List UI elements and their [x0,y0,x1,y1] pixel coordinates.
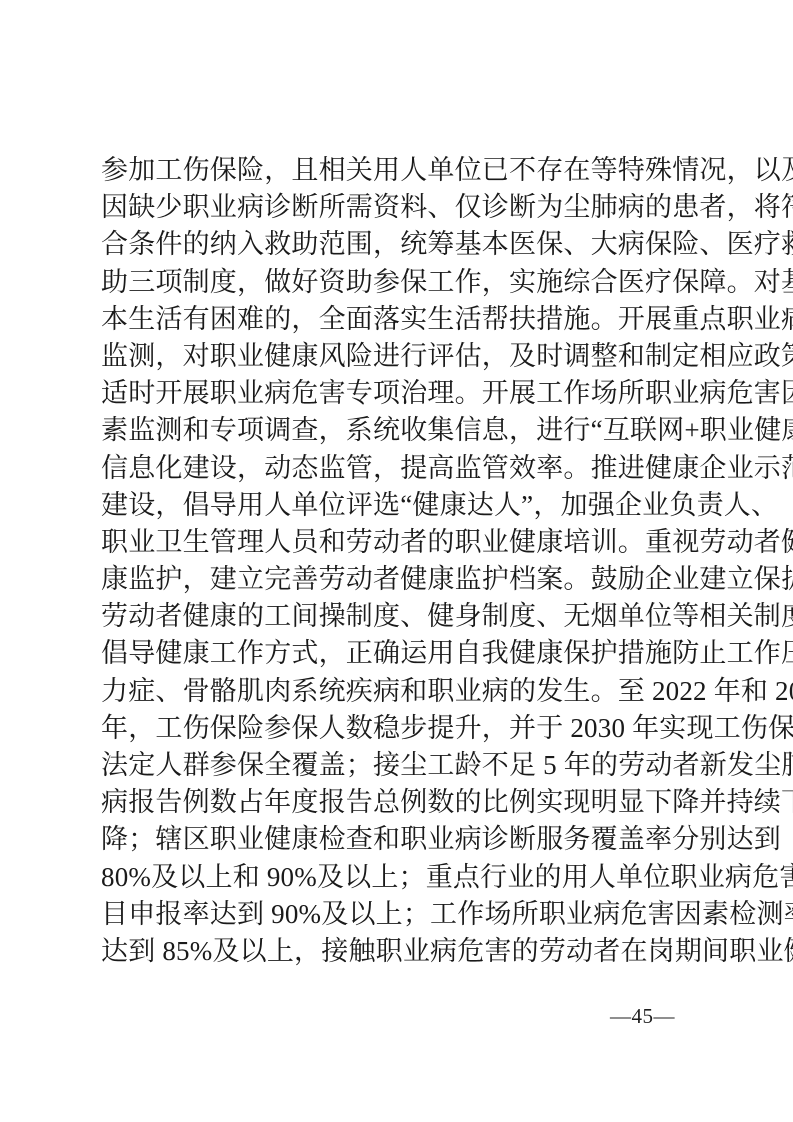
body-text-block: 参加工伤保险，且相关用人单位已不存在等特殊情况，以及 因缺少职业病诊断所需资料、… [101,152,695,970]
text-line: 助三项制度，做好资助参保工作，实施综合医疗保障。对基 [101,264,695,301]
text-line: 年，工伤保险参保人数稳步提升，并于 2030 年实现工伤保险 [101,710,695,747]
text-line: 力症、骨骼肌肉系统疾病和职业病的发生。至 2022 年和 2030 [101,673,695,710]
text-line: 监测，对职业健康风险进行评估，及时调整和制定相应政策， [101,338,695,375]
text-line: 职业卫生管理人员和劳动者的职业健康培训。重视劳动者健 [101,524,695,561]
text-line: 降；辖区职业健康检查和职业病诊断服务覆盖率分别达到 [101,821,695,858]
text-line: 劳动者健康的工间操制度、健身制度、无烟单位等相关制度。 [101,598,695,635]
text-line: 因缺少职业病诊断所需资料、仅诊断为尘肺病的患者，将符 [101,189,695,226]
document-page: 参加工伤保险，且相关用人单位已不存在等特殊情况，以及 因缺少职业病诊断所需资料、… [0,0,793,1122]
page-number: —45— [610,1001,675,1031]
text-line: 参加工伤保险，且相关用人单位已不存在等特殊情况，以及 [101,152,695,189]
text-line: 康监护，建立完善劳动者健康监护档案。鼓励企业建立保护 [101,561,695,598]
text-line: 倡导健康工作方式，正确运用自我健康保护措施防止工作压 [101,635,695,672]
text-line: 合条件的纳入救助范围，统筹基本医保、大病保险、医疗救 [101,226,695,263]
text-line: 适时开展职业病危害专项治理。开展工作场所职业病危害因 [101,375,695,412]
text-line: 法定人群参保全覆盖；接尘工龄不足 5 年的劳动者新发尘肺 [101,747,695,784]
text-line: 本生活有困难的，全面落实生活帮扶措施。开展重点职业病 [101,301,695,338]
text-line: 建设，倡导用人单位评选“健康达人”，加强企业负责人、 [101,487,695,524]
text-line: 目申报率达到 90%及以上；工作场所职业病危害因素检测率 [101,896,695,933]
text-line: 素监测和专项调查，系统收集信息，进行“互联网+职业健康” [101,412,695,449]
text-line: 病报告例数占年度报告总例数的比例实现明显下降并持续下 [101,784,695,821]
text-line: 80%及以上和 90%及以上；重点行业的用人单位职业病危害项 [101,859,695,896]
text-line: 信息化建设，动态监管，提高监管效率。推进健康企业示范 [101,450,695,487]
text-line: 达到 85%及以上，接触职业病危害的劳动者在岗期间职业健 [101,933,695,970]
